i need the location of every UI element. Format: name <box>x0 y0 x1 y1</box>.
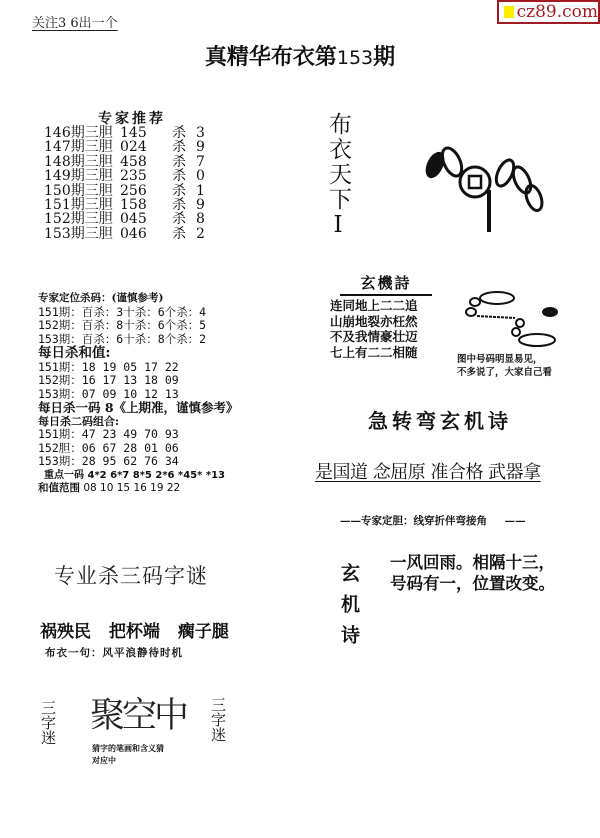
sum-range-line: 和值范围 08 10 15 16 19 22 <box>38 482 239 496</box>
sum-range-values: 08 10 15 16 19 22 <box>83 482 180 494</box>
focus-label: 重点一码 <box>44 470 84 481</box>
poem-line: 七上有二二相随 <box>330 345 432 361</box>
expert-bold-line: ——专家定胆：线穿折伴弯接角 —— <box>340 513 526 528</box>
list-item: 151期：18 19 05 17 22 <box>38 361 239 375</box>
list-item: 146期三胆145杀3 <box>44 126 205 140</box>
brain-teaser-title: 急转弯玄机诗 <box>368 405 512 434</box>
focus-line: 重点一码 4*2 6*7 8*5 2*6 *45* *13 <box>38 469 239 483</box>
xuanji-lines: 连同地上二二追 山崩地裂亦枉然 不及我情豪壮迈 七上有二二相随 <box>330 298 432 360</box>
list-item: 153期三胆046杀2 <box>44 227 205 241</box>
list-item: 152期三胆045杀8 <box>44 212 205 226</box>
poem-line: 不及我情豪壮迈 <box>330 329 432 345</box>
hint-line: 对应中 <box>92 754 187 766</box>
xuanji-poem-box: 玄機詩 连同地上二二追 山崩地裂亦枉然 不及我情豪壮迈 七上有二二相随 <box>330 272 432 360</box>
list-item: 152胆：06 67 28 01 06 <box>38 442 239 456</box>
title-prefix: 真精华布衣第 <box>205 45 337 70</box>
list-item: 153期：07 09 10 12 13 <box>38 388 239 402</box>
brain-teaser-words: 是国道 念屈原 准合格 武器拿 <box>315 458 541 484</box>
list-item: 151期：47 23 49 70 93 <box>38 428 239 442</box>
caption-line: 图中号码明显易见， <box>457 353 552 366</box>
list-item: 151期三胆158杀9 <box>44 198 205 212</box>
riddle-word: 把杯端 <box>109 622 160 642</box>
watermark-text: cz89.com <box>517 2 598 22</box>
list-item: 147期三胆024杀9 <box>44 140 205 154</box>
xuanji-title: 玄機詩 <box>340 272 432 296</box>
poem-line: 山崩地裂亦枉然 <box>330 314 432 330</box>
top-note: 关注3 6出一个 <box>28 12 122 31</box>
list-item: 153期：百杀：6十杀：8个杀：2 <box>38 333 239 347</box>
side-label-left: 三字迷 <box>40 700 56 745</box>
expert-bold-text: ——专家定胆：线穿折伴弯接角 <box>340 515 487 527</box>
list-item: 152期：16 17 13 18 09 <box>38 374 239 388</box>
title-suffix: 期 <box>373 45 395 70</box>
poem-line: 号码有一，位置改变。 <box>390 573 555 594</box>
position-kill-block: 专家定位杀码：(谨慎参考) 151期：百杀：3十杀：6个杀：4 152期：百杀：… <box>38 292 239 496</box>
riddle-title: 专业杀三码字谜 <box>54 560 208 590</box>
daily-kill-two-heading: 每日杀二码组合: <box>38 415 239 429</box>
riddle-big-chars: 聚空中 <box>90 688 186 738</box>
watermark-badge[interactable]: cz89.com <box>497 0 600 24</box>
poem-lines: 一风回雨。相隔十三， 号码有一，位置改变。 <box>390 552 555 594</box>
caption-line: 不多说了，大家自己看 <box>457 366 552 379</box>
picture-caption: 图中号码明显易见， 不多说了，大家自己看 <box>457 353 552 379</box>
riddle-word: 瘸子腿 <box>178 622 229 642</box>
list-item: 148期三胆458杀7 <box>44 155 205 169</box>
small-chain-illustration <box>465 290 565 350</box>
riddle-words: 祸殃民 把杯端 瘸子腿 <box>40 617 241 642</box>
poem-line: 一风回雨。相隔十三， <box>390 552 555 573</box>
list-item: 149期三胆235杀0 <box>44 169 205 183</box>
buyi-sentence: 布衣一句：风平浪静待时机 <box>45 645 183 660</box>
daily-sum-heading: 每日杀和值: <box>38 347 239 361</box>
riddle-hint: 猜字的笔画和含义猜 对应中 <box>92 742 187 766</box>
title-issue: 153 <box>337 47 373 69</box>
yellow-square-icon <box>504 6 514 18</box>
poem-label-vertical: 玄机诗 <box>333 563 364 656</box>
focus-values: 4*2 6*7 8*5 2*6 *45* *13 <box>87 470 225 481</box>
list-item: 151期：百杀：3十杀：6个杀：4 <box>38 306 239 320</box>
daily-kill-one: 每日杀一码 8《上期准，谨慎参考》 <box>38 401 239 415</box>
vertical-title: 布衣天下I <box>325 112 350 240</box>
list-item: 150期三胆256杀1 <box>44 184 205 198</box>
page-title: 真精华布衣第153期 <box>0 40 600 71</box>
side-label-right: 三字迷 <box>210 697 226 742</box>
dash-tail: —— <box>505 515 526 527</box>
riddle-word: 祸殃民 <box>40 622 91 642</box>
list-item: 153期：28 95 62 76 34 <box>38 455 239 469</box>
position-kill-heading: 专家定位杀码：(谨慎参考) <box>38 292 239 306</box>
list-item: 152期：百杀：8十杀：6个杀：5 <box>38 319 239 333</box>
expert-recommend-list: 146期三胆145杀3 147期三胆024杀9 148期三胆458杀7 149期… <box>44 126 205 241</box>
sum-range-label: 和值范围 <box>38 482 80 494</box>
hint-line: 猜字的笔画和含义猜 <box>92 742 187 754</box>
coin-chain-illustration <box>420 140 550 235</box>
poem-line: 连同地上二二追 <box>330 298 432 314</box>
